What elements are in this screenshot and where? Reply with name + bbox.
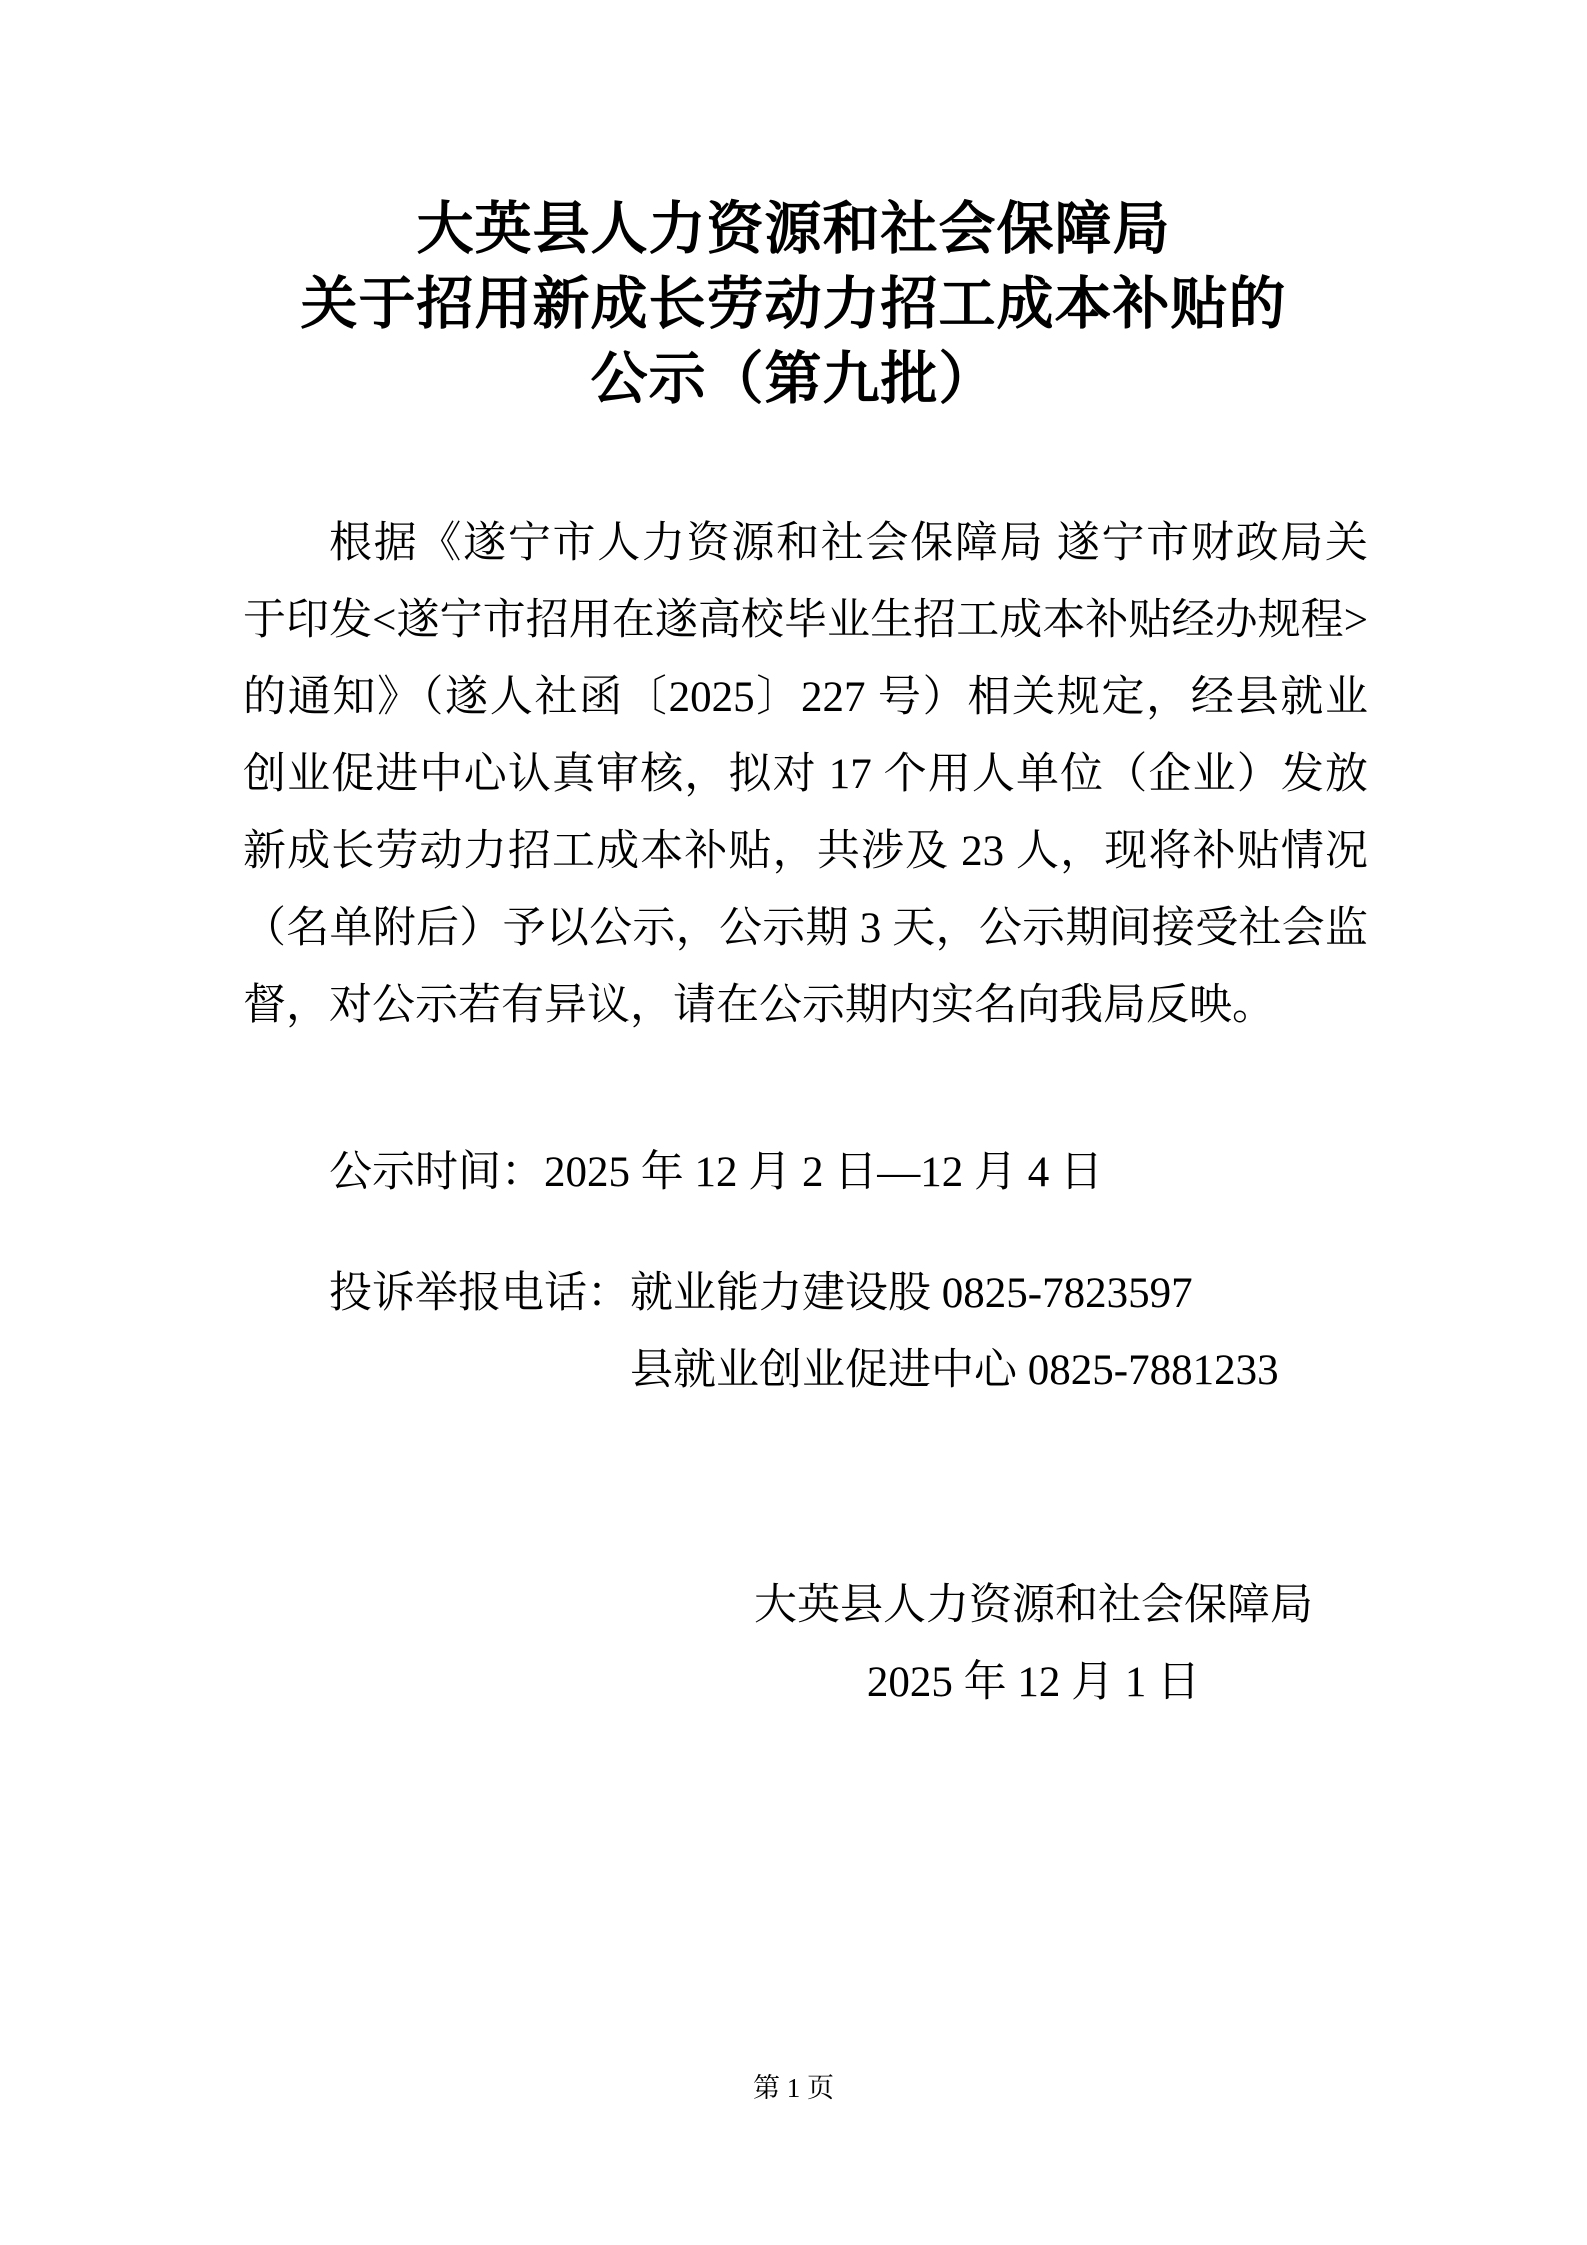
title-line-1: 大英县人力资源和社会保障局 xyxy=(0,192,1587,267)
document-title: 大英县人力资源和社会保障局 关于招用新成长劳动力招工成本补贴的 公示（第九批） xyxy=(0,192,1587,417)
body-paragraph: 根据《遂宁市人力资源和社会保障局 遂宁市财政局关于印发<遂宁市招用在遂高校毕业生… xyxy=(243,505,1368,1044)
signature-date: 2025 年 12 月 1 日 xyxy=(754,1644,1313,1721)
complaint-phone-block: 投诉举报电话： 就业能力建设股 0825-7823597 县就业创业促进中心 0… xyxy=(243,1255,1587,1409)
title-line-2: 关于招用新成长劳动力招工成本补贴的 xyxy=(0,267,1587,342)
title-line-3: 公示（第九批） xyxy=(0,342,1587,417)
complaint-phone-values: 就业能力建设股 0825-7823597 县就业创业促进中心 0825-7881… xyxy=(630,1255,1279,1409)
page-number-footer: 第 1 页 xyxy=(0,2072,1587,2104)
signature-org: 大英县人力资源和社会保障局 xyxy=(754,1567,1313,1644)
signature-block: 大英县人力资源和社会保障局 2025 年 12 月 1 日 xyxy=(754,1567,1313,1721)
complaint-phone-label: 投诉举报电话： xyxy=(329,1255,630,1332)
complaint-phone-line-2: 县就业创业促进中心 0825-7881233 xyxy=(630,1332,1279,1409)
document-body: 根据《遂宁市人力资源和社会保障局 遂宁市财政局关于印发<遂宁市招用在遂高校毕业生… xyxy=(243,505,1368,1044)
notice-document-page: 大英县人力资源和社会保障局 关于招用新成长劳动力招工成本补贴的 公示（第九批） … xyxy=(0,0,1587,2245)
complaint-phone-line-1: 就业能力建设股 0825-7823597 xyxy=(630,1255,1279,1332)
publish-time-line: 公示时间：2025 年 12 月 2 日—12 月 4 日 xyxy=(243,1134,1587,1211)
